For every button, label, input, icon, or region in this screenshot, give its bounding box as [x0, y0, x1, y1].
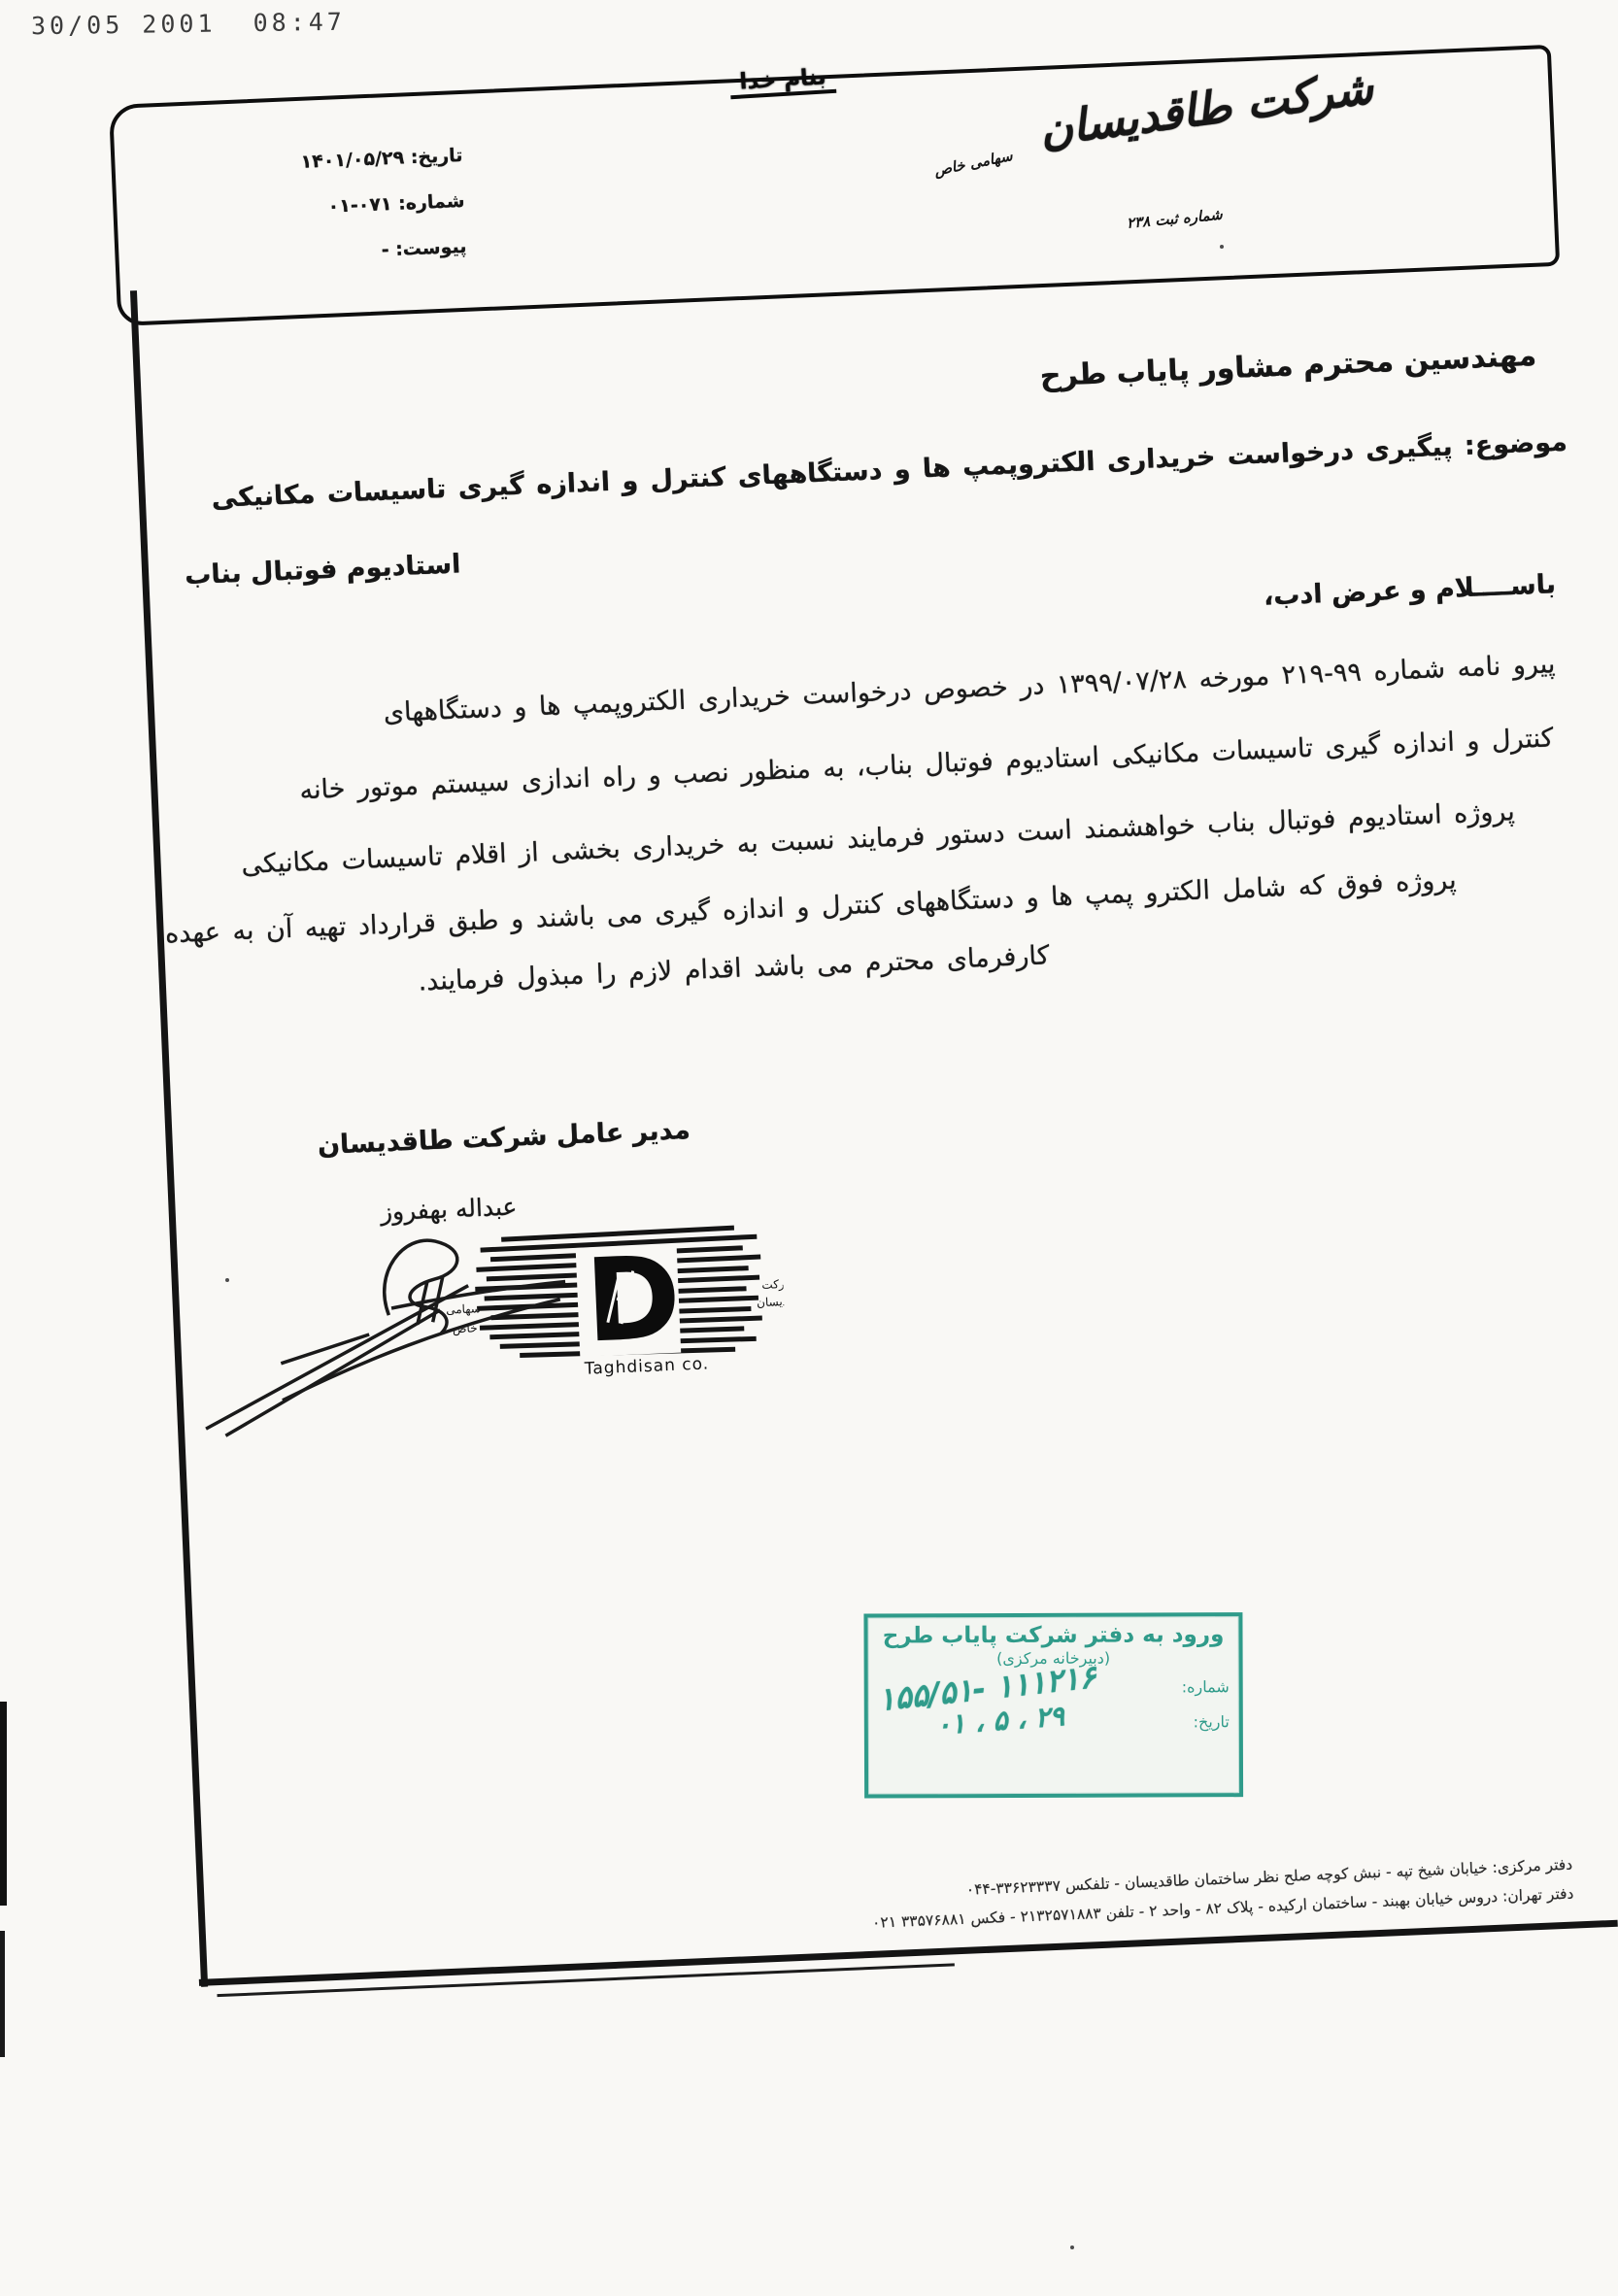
- stamp-persian-left-1: سهامی: [446, 1301, 481, 1316]
- company-registration: شماره ثبت ۲۳۸: [1126, 206, 1223, 232]
- scan-speck: [1220, 245, 1224, 249]
- bismillah-text: بنام خدا: [729, 62, 837, 99]
- salutation-line: باســــلام و عرض ادب،: [1263, 569, 1556, 612]
- received-stamp-date-row: تاریخ: ۰۱ ، ۵ ، ۲۹: [878, 1705, 1230, 1739]
- number-label: شماره:: [398, 190, 465, 215]
- body-line: پیرو نامه شماره ۹۹-۲۱۹ مورخه ۱۳۹۹/۰۷/۲۸ …: [383, 649, 1556, 728]
- stamp-logo-letter: D: [583, 1231, 684, 1368]
- company-type: سهامی خاص: [932, 147, 1014, 180]
- date-value: ۱۴۰۱/۰۵/۲۹: [300, 147, 404, 172]
- body-line: کارفرمای محترم می باشد اقدام لازم را مبذ…: [418, 940, 1050, 996]
- scan-edge-artifact: [0, 1702, 7, 1906]
- signature-title: مدیر عامل شرکت طاقدیسان: [317, 1115, 691, 1161]
- stamp-latin-name: Taghdisan co.: [583, 1354, 709, 1378]
- sheet-left-border: [130, 290, 208, 1987]
- received-number-label: شماره:: [1182, 1677, 1230, 1696]
- date-label: تاریخ:: [410, 145, 463, 168]
- scan-edge-artifact: [0, 1931, 5, 2057]
- subject-line-1: موضوع: پیگیری درخواست خریداری الکتروپمپ …: [211, 427, 1567, 514]
- stamp-persian-right-1: شرکت: [761, 1277, 790, 1293]
- company-calligraphy: شرکت طاقدیسان: [1025, 59, 1388, 157]
- recipient-line: مهندسین محترم مشاور پایاب طرح: [1039, 339, 1537, 393]
- scan-speck: [225, 1278, 229, 1282]
- attachment-label: پیوست:: [395, 236, 467, 260]
- letterhead-fields: تاریخ: ۱۴۰۱/۰۵/۲۹ شماره: ۰۱-۰۷۱ پیوست: -: [219, 133, 468, 280]
- number-value: ۰۱-۰۷۱: [327, 193, 392, 218]
- subject-line-2: استادیوم فوتبال بناب: [185, 549, 461, 591]
- received-stamp-title: ورود به دفتر شرکت پایاب طرح: [877, 1622, 1229, 1648]
- scan-speck: [1070, 2245, 1074, 2249]
- letterhead-footer: دفتر مرکزی: خیابان شیخ تپه - نبش کوچه صل…: [870, 1856, 1573, 1932]
- received-stamp: ورود به دفتر شرکت پایاب طرح (دبیرخانه مر…: [863, 1612, 1243, 1798]
- body-line: کنترل و اندازه گیری تاسیسات مکانیکی استا…: [299, 723, 1554, 805]
- scanned-letter-page: 30/05 2001 08:47 بنام خدا تاریخ: ۱۴۰۱/۰۵…: [0, 0, 1618, 2296]
- stamp-persian-right-2: طاقدیسان: [757, 1294, 790, 1309]
- received-date-label: تاریخ:: [1194, 1712, 1230, 1731]
- company-stamp-and-signature: D Taghdisan co. شرکت طاقدیسان سهامی خاص: [139, 1199, 790, 1468]
- body-line: پروژه فوق که شامل الکترو پمپ ها و دستگاه…: [164, 865, 1457, 950]
- attachment-row: پیوست: -: [223, 224, 468, 280]
- body-line: پروژه استادیوم فوتبال بناب خواهشمند است …: [241, 796, 1515, 880]
- attachment-value: -: [381, 239, 389, 260]
- scanned-sheet: بنام خدا تاریخ: ۱۴۰۱/۰۵/۲۹ شماره: ۰۱-۰۷۱…: [0, 0, 1618, 2296]
- letterhead-box: بنام خدا تاریخ: ۱۴۰۱/۰۵/۲۹ شماره: ۰۱-۰۷۱…: [109, 45, 1560, 326]
